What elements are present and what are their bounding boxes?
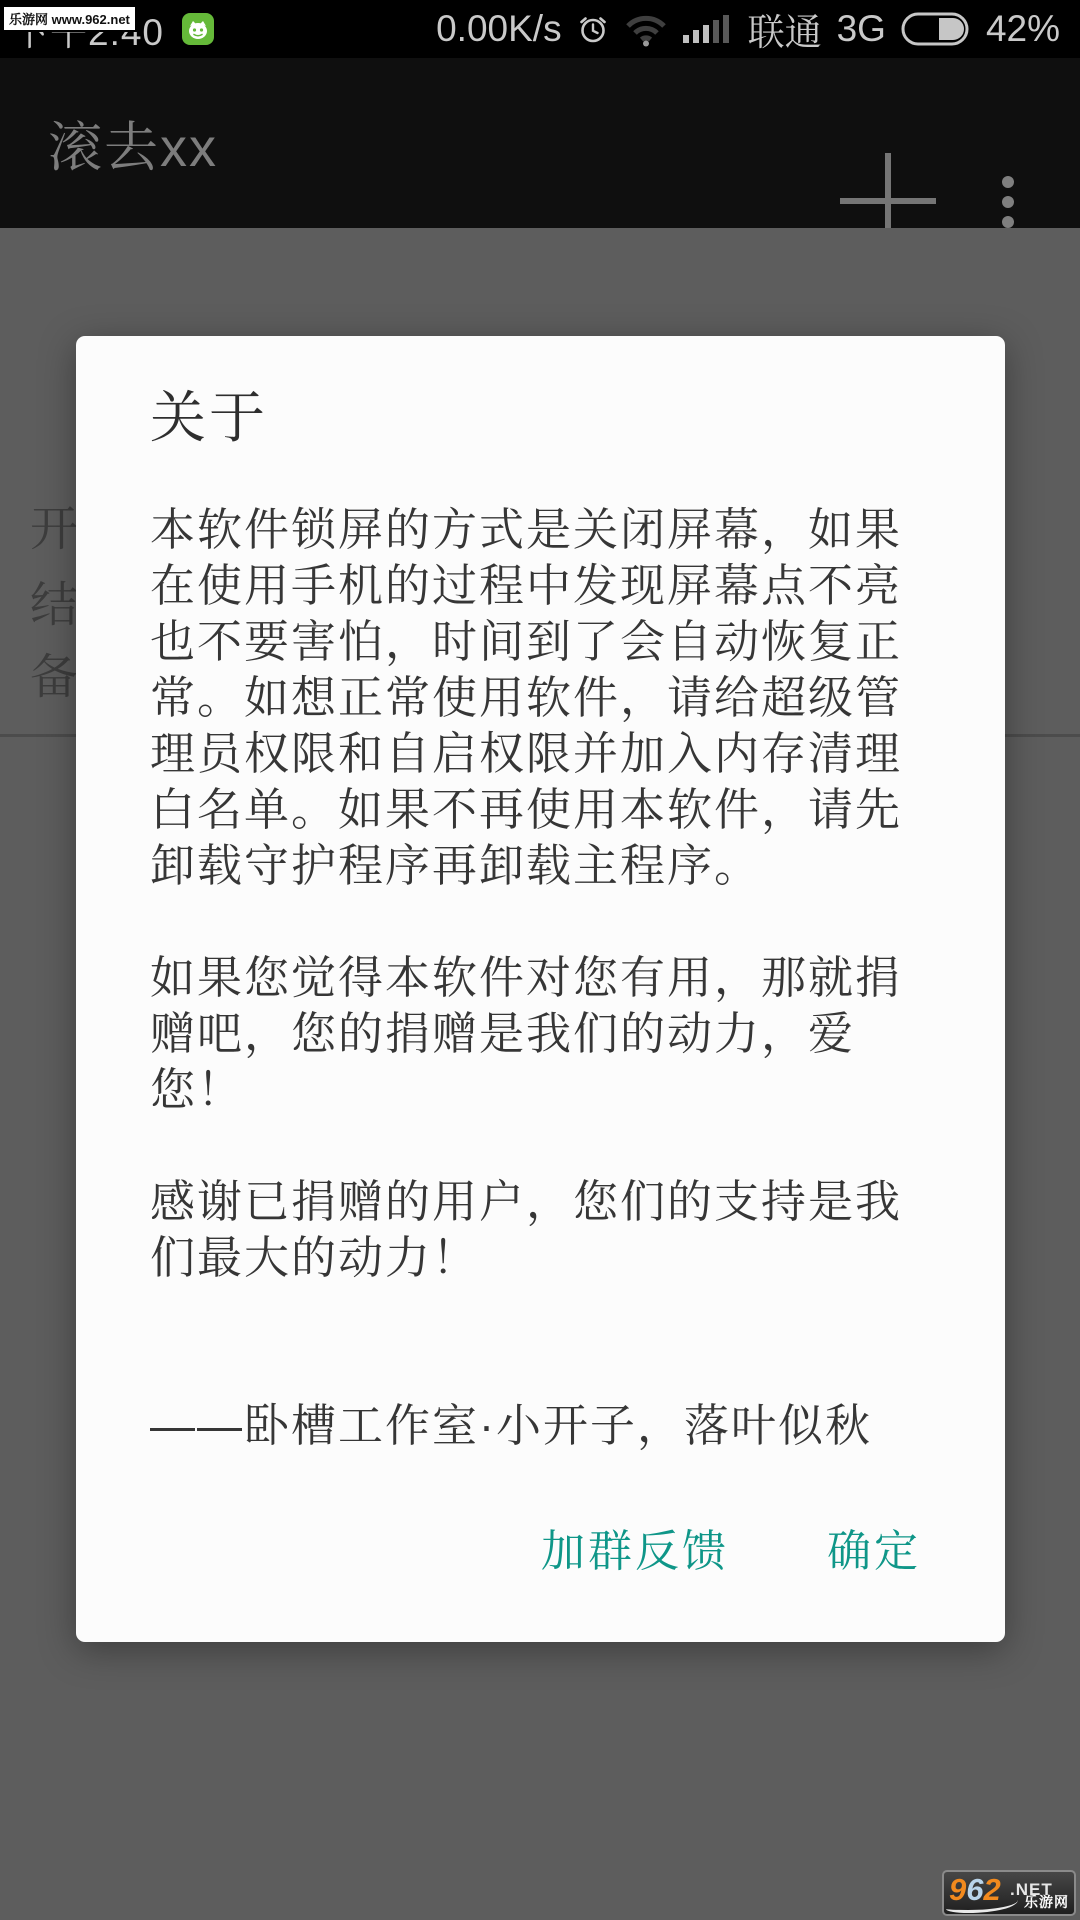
join-group-feedback-button[interactable]: 加群反馈 xyxy=(531,1515,739,1579)
dialog-button-row: 加群反馈 确定 xyxy=(150,1514,931,1580)
battery-icon xyxy=(901,12,971,46)
dialog-message-line: 赠吧，您的捐赠是我们的动力，爱 xyxy=(150,1006,931,1062)
network-speed: 0.00K/s xyxy=(436,8,561,50)
dialog-message-line: 在使用手机的过程中发现屏幕点不亮 xyxy=(150,558,931,614)
dialog-message-line: 白名单。如果不再使用本软件，请先 xyxy=(150,782,931,838)
dialog-message-line: 也不要害怕，时间到了会自动恢复正 xyxy=(150,614,931,670)
dialog-message-line: 如果您觉得本软件对您有用，那就捐 xyxy=(150,950,931,1006)
dialog-message-line xyxy=(150,1342,931,1398)
overflow-menu-icon[interactable] xyxy=(1002,176,1016,228)
dialog-message-line: 卸载守护程序再卸载主程序。 xyxy=(150,838,931,894)
status-bar: 下午2:40 0.00K/s 联通 3G 42% xyxy=(0,0,1080,58)
wifi-icon xyxy=(624,11,668,47)
about-dialog: 关于 本软件锁屏的方式是关闭屏幕，如果在使用手机的过程中发现屏幕点不亮也不要害怕… xyxy=(76,336,1005,1642)
app-header: 滚去xx xyxy=(0,58,1080,228)
dialog-message-line xyxy=(150,1286,931,1342)
logo-site-name: 乐游网 xyxy=(1024,1892,1069,1912)
dialog-message-line: 理员权限和自启权限并加入内存清理 xyxy=(150,726,931,782)
confirm-button[interactable]: 确定 xyxy=(817,1515,931,1579)
background-partial-text: 结 xyxy=(30,566,80,635)
app-title: 滚去xx xyxy=(48,58,218,228)
site-watermark-top: 乐游网 www.962.net xyxy=(2,5,137,32)
logo-swoosh xyxy=(946,1896,1018,1913)
network-type: 3G xyxy=(837,8,886,50)
dialog-message-line xyxy=(150,894,931,950)
dialog-message-line xyxy=(150,1118,931,1174)
signal-strength-icon xyxy=(683,13,733,45)
carrier-name: 联通 xyxy=(748,2,822,56)
dialog-message: 本软件锁屏的方式是关闭屏幕，如果在使用手机的过程中发现屏幕点不亮也不要害怕，时间… xyxy=(150,502,931,1454)
battery-percent: 42% xyxy=(986,8,1060,50)
dialog-message-line: 常。如想正常使用软件，请给超级管 xyxy=(150,670,931,726)
notification-app-icon xyxy=(182,13,214,45)
background-partial-text: 备 xyxy=(30,638,80,707)
dialog-message-line: 您！ xyxy=(150,1062,931,1118)
site-watermark-logo: 962 .NET 乐游网 xyxy=(942,1870,1076,1916)
dialog-message-line: 们最大的动力！ xyxy=(150,1230,931,1286)
dialog-message-line: ——卧槽工作室·小开子，落叶似秋 xyxy=(150,1398,931,1454)
dialog-title: 关于 xyxy=(150,382,931,454)
alarm-icon xyxy=(577,13,609,45)
dialog-message-line: 感谢已捐赠的用户，您们的支持是我 xyxy=(150,1174,931,1230)
dialog-message-line: 本软件锁屏的方式是关闭屏幕，如果 xyxy=(150,502,931,558)
